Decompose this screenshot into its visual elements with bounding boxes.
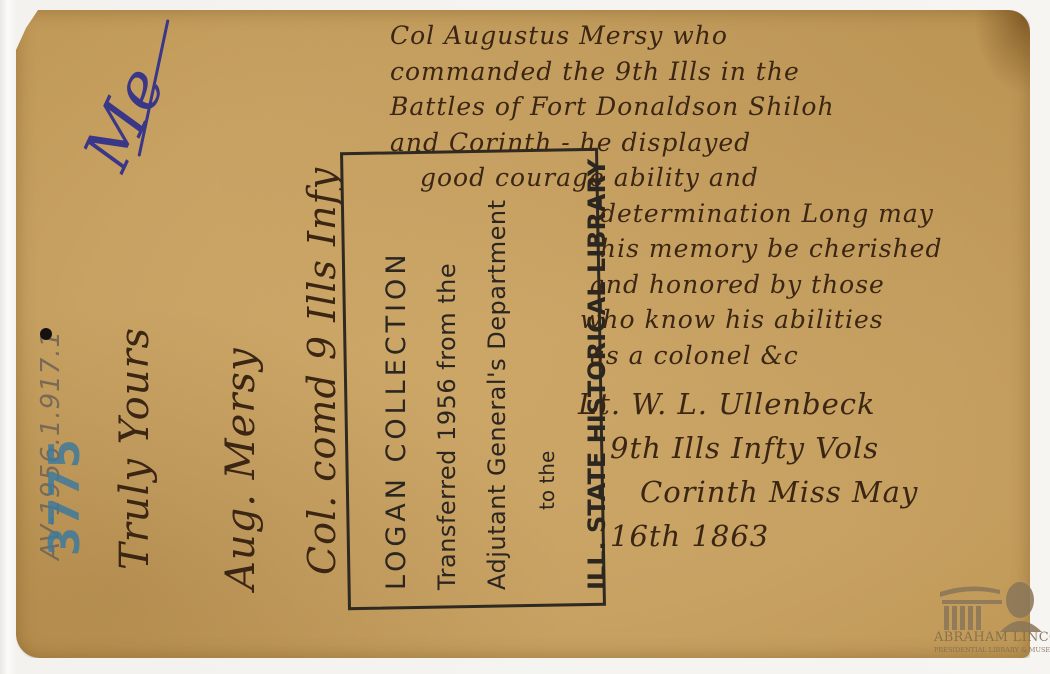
signoff-line: 16th 1863 bbox=[570, 514, 918, 558]
letter-line: Col Augustus Mersy who bbox=[390, 18, 942, 54]
logo-name: ABRAHAM LINCOLN bbox=[934, 630, 1050, 645]
letter-line: determination Long may bbox=[390, 196, 942, 232]
letter-line: commanded the 9th Ills in the bbox=[390, 54, 942, 90]
lincoln-library-logo: ABRAHAM LINCOLN PRESIDENTIAL LIBRARY & M… bbox=[930, 578, 1042, 668]
letter-line: his memory be cherished bbox=[390, 231, 942, 267]
signoff-line: Lt. W. L. Ullenbeck bbox=[570, 382, 918, 426]
signoff-block: Lt. W. L. Ullenbeck 9th Ills Infty Vols … bbox=[570, 382, 918, 558]
letter-line: and honored by those bbox=[390, 267, 942, 303]
letter-line: Battles of Fort Donaldson Shiloh bbox=[390, 89, 942, 125]
corner-stain bbox=[970, 10, 1030, 100]
signature-title: Col. comd 9 Ills Infy bbox=[300, 167, 344, 575]
catalog-stamp-number: 3775 bbox=[40, 439, 89, 556]
signature-name: Aug. Mersy bbox=[218, 347, 264, 590]
signature-closing: Truly Yours bbox=[112, 327, 158, 570]
letter-line: and Corinth - he displayed bbox=[390, 125, 942, 161]
letter-line: who know his abilities bbox=[390, 302, 942, 338]
signoff-line: Corinth Miss May bbox=[570, 470, 918, 514]
punch-hole bbox=[40, 328, 52, 340]
letter-body: Col Augustus Mersy who commanded the 9th… bbox=[390, 18, 942, 373]
signoff-line: 9th Ills Infty Vols bbox=[570, 426, 918, 470]
logo-subtitle: PRESIDENTIAL LIBRARY & MUSEUM bbox=[934, 646, 1050, 654]
letter-line: as a colonel &c bbox=[390, 338, 942, 374]
lincoln-portrait-icon bbox=[930, 578, 1042, 632]
letter-line: good courage ability and bbox=[390, 160, 942, 196]
